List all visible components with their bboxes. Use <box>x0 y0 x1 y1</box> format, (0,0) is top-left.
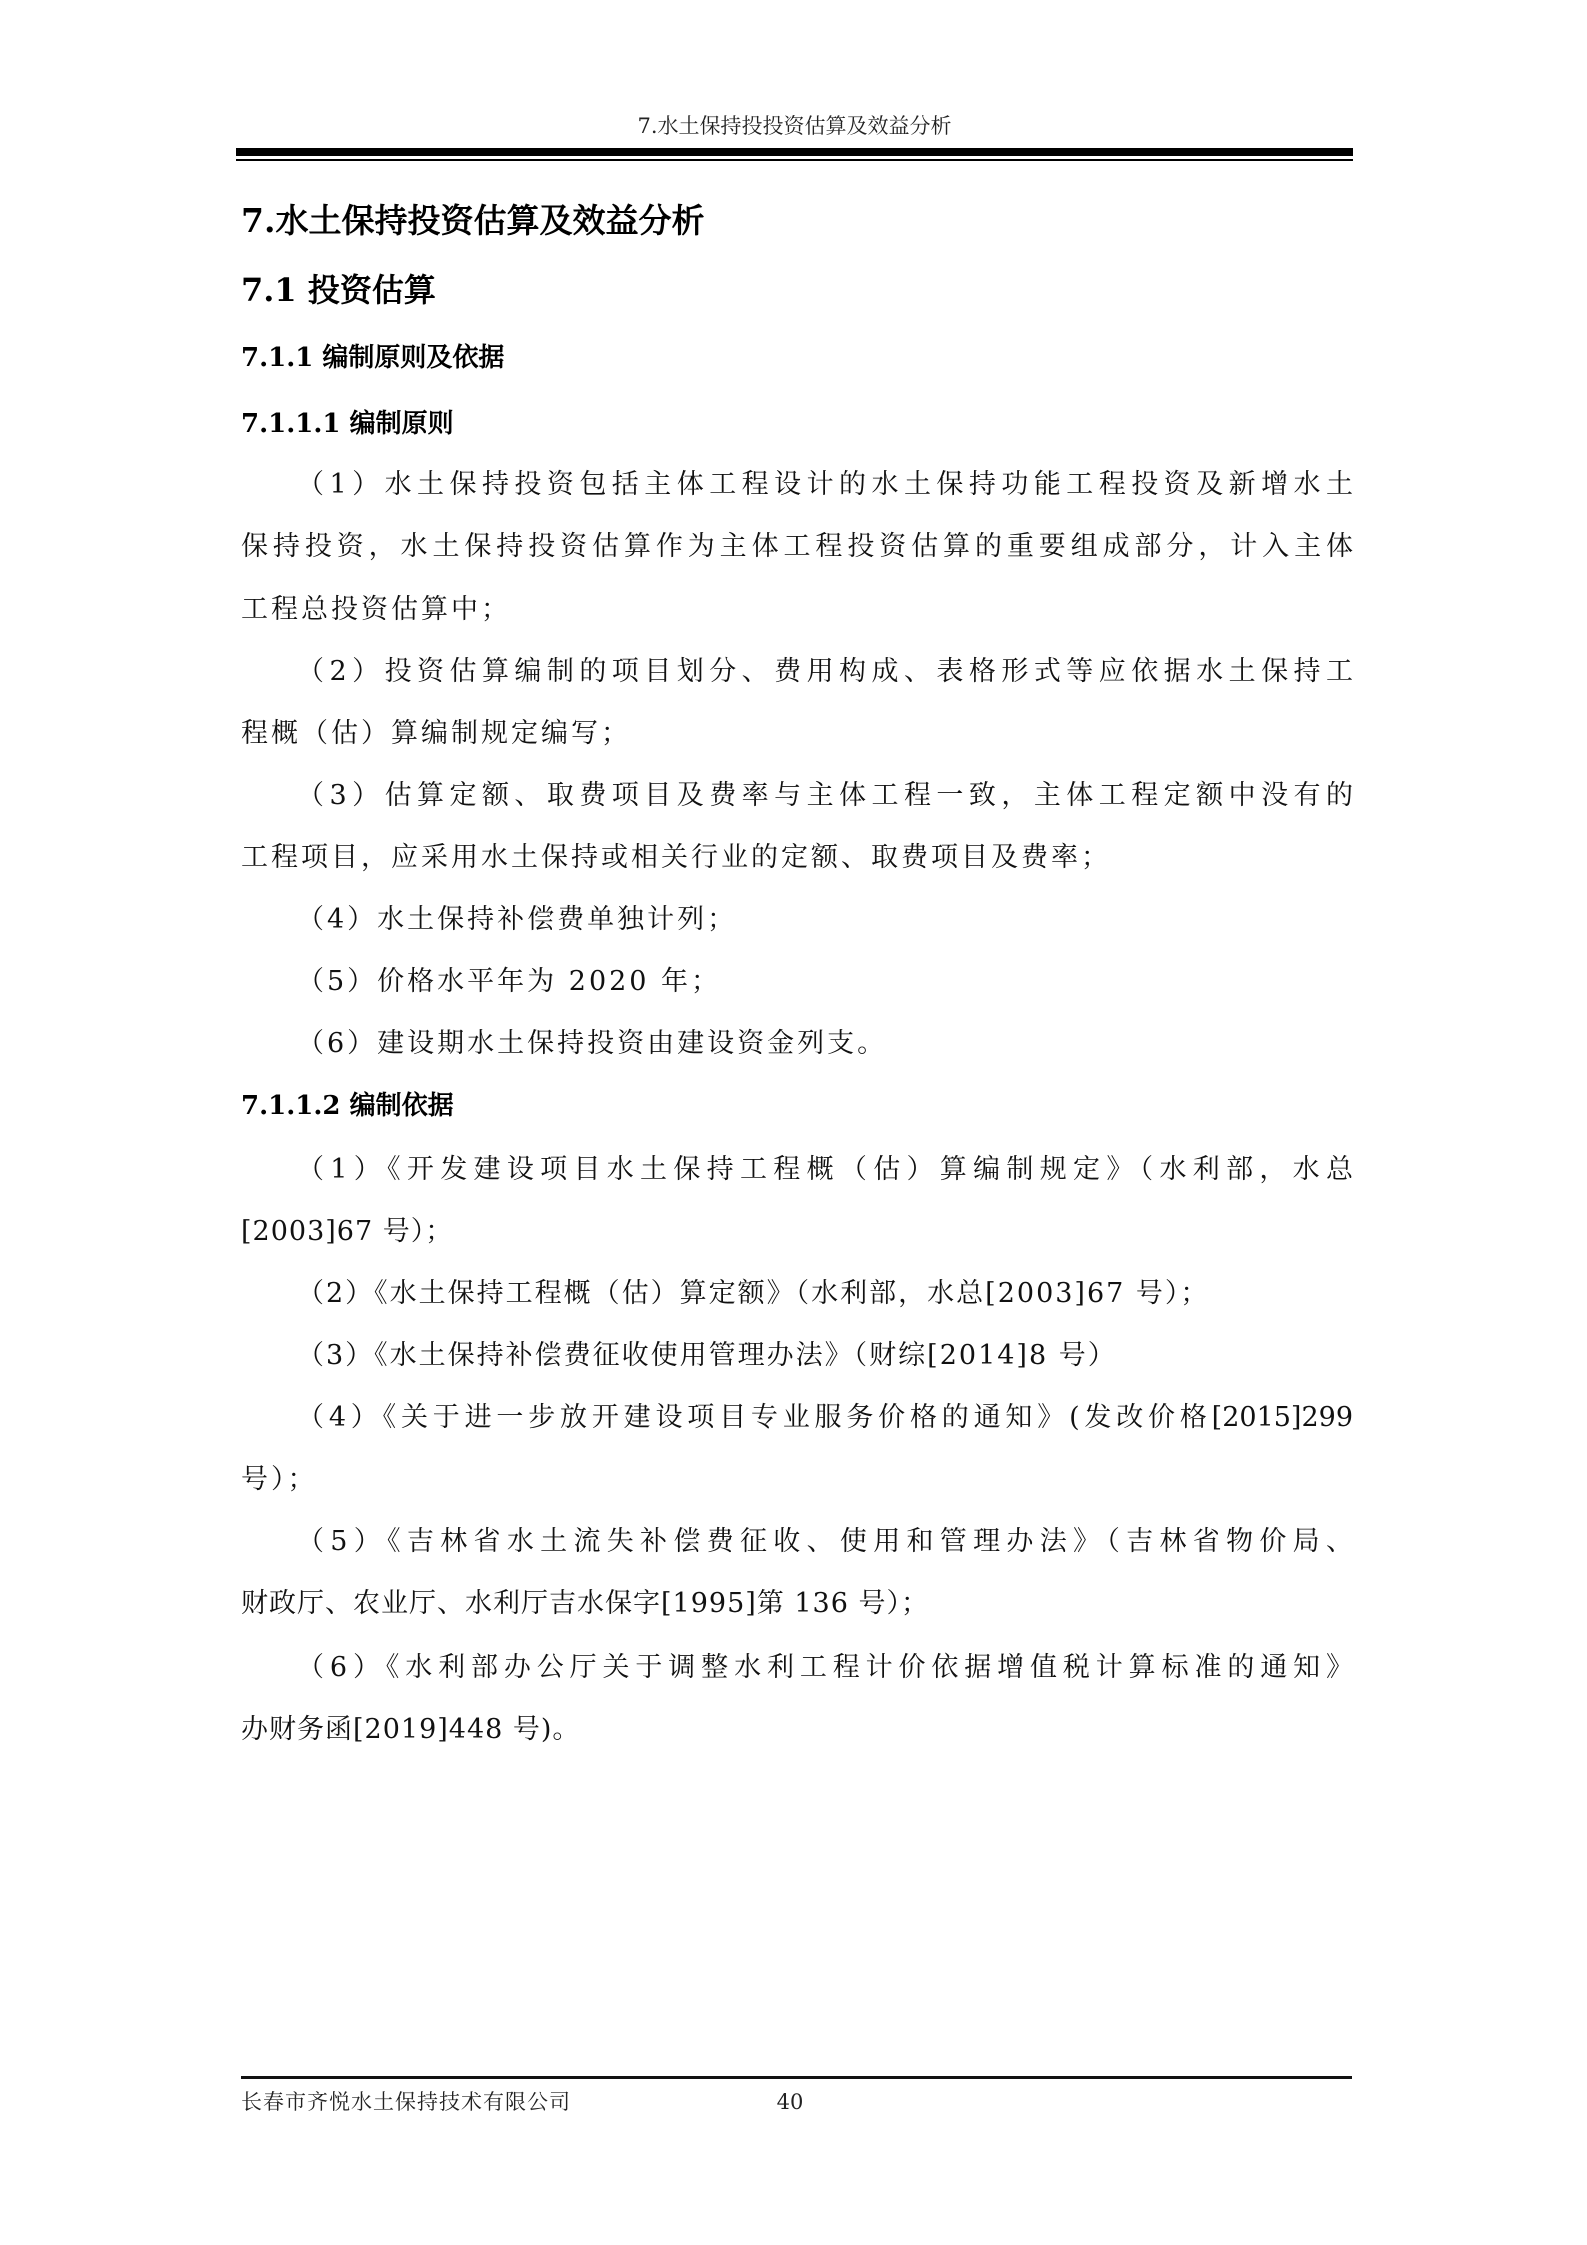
header-rule-thin <box>236 159 1353 161</box>
paragraph-line: （6）建设期水土保持投资由建设资金列支。 <box>297 1025 1353 1063</box>
paragraph-line: （4）《关于进一步放开建设项目专业服务价格的通知》(发改价格[2015]299 <box>297 1399 1353 1437</box>
footer-company-name: 长春市齐悦水土保持技术有限公司 <box>241 2088 571 2116</box>
paragraph-line: [2003]67 号）； <box>241 1213 1353 1251</box>
chapter-title: 7.水土保持投资估算及效益分析 <box>241 198 704 244</box>
paragraph-line: 财政厅、农业厅、水利厅吉水保字[1995]第 136 号）； <box>241 1585 1353 1623</box>
paragraph-line: 号）； <box>241 1461 1353 1499</box>
running-header-title: 7.水土保持投投资估算及效益分析 <box>236 112 1353 140</box>
section-title-7-1: 7.1 投资估算 <box>241 267 436 313</box>
paragraph-line: 保持投资，水土保持投资估算作为主体工程投资估算的重要组成部分，计入主体 <box>241 528 1353 566</box>
paragraph-line: 工程总投资估算中； <box>241 591 1353 629</box>
paragraph-line: （1）水土保持投资包括主体工程设计的水土保持功能工程投资及新增水土 <box>297 466 1353 504</box>
section-title-7-1-1-2: 7.1.1.2 编制依据 <box>241 1088 454 1124</box>
section-title-7-1-1-1: 7.1.1.1 编制原则 <box>241 406 454 442</box>
footer-rule <box>241 2076 1352 2079</box>
section-title-7-1-1: 7.1.1 编制原则及依据 <box>241 340 504 376</box>
paragraph-line: （5）《吉林省水土流失补偿费征收、使用和管理办法》（吉林省物价局、 <box>297 1523 1353 1561</box>
header-rule-thick <box>236 148 1353 156</box>
paragraph-line: 程概（估）算编制规定编写； <box>241 715 1353 753</box>
paragraph-line: （6）《水利部办公厅关于调整水利工程计价依据增值税计算标准的通知》 <box>297 1649 1353 1687</box>
paragraph-line: （2）《水土保持工程概（估）算定额》（水利部，水总[2003]67 号）； <box>297 1275 1353 1313</box>
paragraph-line: （4）水土保持补偿费单独计列； <box>297 901 1353 939</box>
page-number: 40 <box>760 2088 820 2116</box>
paragraph-line: （2）投资估算编制的项目划分、费用构成、表格形式等应依据水土保持工 <box>297 653 1353 691</box>
paragraph-line: （1）《开发建设项目水土保持工程概（估）算编制规定》（水利部，水总 <box>297 1151 1353 1189</box>
paragraph-line: 办财务函[2019]448 号)。 <box>241 1711 1353 1749</box>
paragraph-line: （3）估算定额、取费项目及费率与主体工程一致，主体工程定额中没有的 <box>297 777 1353 815</box>
paragraph-line: 工程项目，应采用水土保持或相关行业的定额、取费项目及费率； <box>241 839 1353 877</box>
paragraph-line: （5）价格水平年为 2020 年； <box>297 963 1353 1001</box>
paragraph-line: （3）《水土保持补偿费征收使用管理办法》（财综[2014]8 号） <box>297 1337 1353 1375</box>
